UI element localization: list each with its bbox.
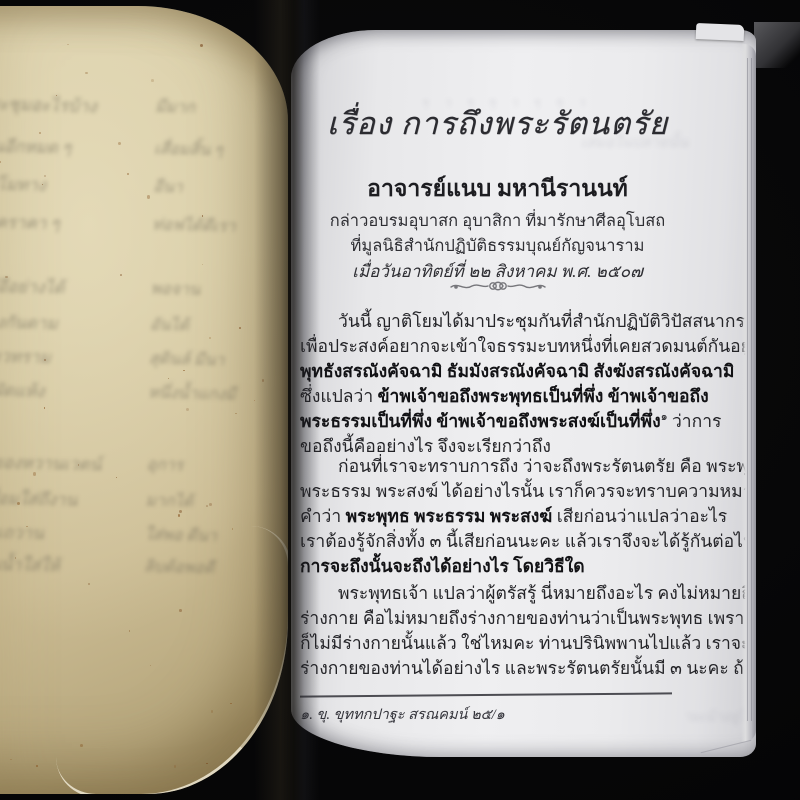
foxing-spot (168, 378, 169, 379)
body-line: พระธรรม พระสงฆ์ ได้อย่างไรนั้น เราก็ควรจ… (300, 479, 704, 504)
page-edge-line (751, 58, 752, 721)
foxing-spot (211, 710, 213, 712)
foxing-spot (178, 514, 181, 517)
body-line: ร่างกายของท่านได้อย่างไร และพระรัตนตรัยน… (300, 656, 704, 681)
body-line: คำว่า พระพุทธ พระธรรม พระสงฆ์ เสียก่อนว่… (300, 504, 704, 529)
foxing-spots (0, 6, 288, 794)
foxing-spot (39, 132, 41, 134)
body-line: วันนี้ ญาติโยมได้มาประชุมกันที่สำนักปฏิบ… (300, 309, 704, 334)
foxing-spot (17, 502, 20, 505)
foxing-spot (67, 44, 68, 45)
foxing-spot (209, 337, 211, 339)
footnote: ๑. ขุ. ขุททกปาฐะ สรณคมน์ ๒๕/๑ (300, 703, 505, 726)
foxing-spot (235, 413, 236, 414)
author-name: อาจารย์แนบ มหานีรานนท์ (291, 171, 704, 207)
foxing-spot (239, 327, 241, 329)
foxing-spot (56, 95, 58, 97)
foxing-spot (120, 274, 122, 276)
body-line: เราต้องรู้จักสิ่งทั้ง ๓ นี้เสียก่อนนะคะ … (300, 529, 704, 554)
foxing-spot (44, 175, 46, 177)
page-edge-line (747, 58, 748, 721)
book-gutter-shadow (254, 0, 320, 800)
page-edge-stack (741, 44, 756, 742)
foxing-spot (179, 609, 182, 612)
foxing-spot (116, 477, 118, 479)
subtitle-line: ที่มูลนิธิสำนักปฏิบัติธรรมบุณย์กัญจนาราม (291, 233, 704, 259)
foxing-spot (10, 759, 11, 760)
foxing-spot (200, 44, 203, 47)
left-page: ประชุมอะไรบ้างมีมากเงินอีกหมด ๆเสื่อมสิ้… (0, 6, 288, 794)
foxing-spot (202, 264, 203, 265)
body-line: พระพุทธเจ้า แปลว่าผู้ตรัสรู้ นี่หมายถึงอ… (300, 581, 704, 606)
foxing-spot (42, 184, 43, 185)
right-page: ๆ า ๆ ๆ า ๆ ๆ า เสมอในปลายนั้น ามเน้าอยู… (291, 30, 756, 757)
open-book-photo: ประชุมอะไรบ้างมีมากเงินอีกหมด ๆเสื่อมสิ้… (0, 0, 800, 800)
foxing-spot (179, 510, 182, 513)
subtitle-line: กล่าวอบรมอุบาสก อุบาสิกา ที่มารักษาศีลอุ… (291, 208, 704, 234)
background-highlight (754, 22, 800, 68)
footnote-rule (300, 692, 672, 697)
foxing-spot (147, 195, 150, 198)
body-line: พุทธังสรณังคัจฉามิ ธัมมังสรณังคัจฉามิ สั… (300, 359, 704, 384)
foxing-spot (206, 505, 208, 507)
foxing-spot (127, 173, 129, 175)
body-line: ก็ไม่มีร่างกายนั้นแล้ว ใช่ไหมคะ ท่านปริน… (300, 631, 704, 656)
foxing-spot (85, 72, 87, 74)
foxing-spot (202, 215, 203, 216)
foxing-spot (44, 359, 46, 361)
foxing-spot (5, 276, 7, 278)
body-line: ร่างกาย คือไม่หมายถึงร่างกายของท่านว่าเป… (300, 606, 704, 631)
body-line: พระธรรมเป็นที่พึ่ง ข้าพเจ้าขอถึงพระสงฆ์เ… (300, 409, 704, 434)
page-content: ๆ า ๆ ๆ า ๆ ๆ า เสมอในปลายนั้น ามเน้าอยู… (291, 30, 756, 757)
body-line: ซึ่งแปลว่า ข้าพเจ้าขอถึงพระพุทธเป็นที่พึ… (300, 384, 704, 409)
foxing-spot (44, 407, 46, 409)
body-line: เพื่อประสงค์อยากจะเข้าใจธรรมะบทหนึ่งที่เ… (300, 334, 704, 359)
foxing-spot (118, 142, 121, 145)
paragraph: ก่อนที่เราจะทราบการถึง ว่าจะถึงพระรัตนตร… (300, 454, 704, 579)
foxing-spot (80, 744, 83, 747)
foxing-spot (206, 763, 208, 765)
body-line: ก่อนที่เราจะทราบการถึง ว่าจะถึงพระรัตนตร… (300, 454, 704, 479)
foxing-spot (129, 630, 130, 631)
foxing-spot (151, 79, 154, 82)
body-line: การจะถึงนั้นจะถึงได้อย่างไร โดยวิธีใด (300, 554, 704, 579)
chapter-title: เรื่อง การถึงพระรัตนตรัย (291, 98, 704, 148)
foxing-spot (150, 665, 151, 666)
foxing-spot (230, 703, 232, 705)
foxing-spot (88, 583, 90, 585)
foxing-spot (183, 370, 184, 371)
paragraph: วันนี้ ญาติโยมได้มาประชุมกันที่สำนักปฏิบ… (300, 309, 704, 459)
foxing-spot (36, 765, 38, 767)
foxing-spot (26, 526, 27, 527)
foxing-spot (186, 408, 189, 411)
foxing-spot (174, 765, 176, 767)
foxing-spot (33, 472, 36, 475)
foxing-spot (232, 528, 234, 530)
foxing-spot (209, 503, 212, 506)
foxing-spot (78, 464, 80, 466)
scroll-flourish-icon (291, 278, 704, 299)
paragraph: พระพุทธเจ้า แปลว่าผู้ตรัสรู้ นี่หมายถึงอ… (300, 581, 704, 681)
foxing-spot (0, 161, 1, 163)
foxing-spot (15, 557, 16, 558)
